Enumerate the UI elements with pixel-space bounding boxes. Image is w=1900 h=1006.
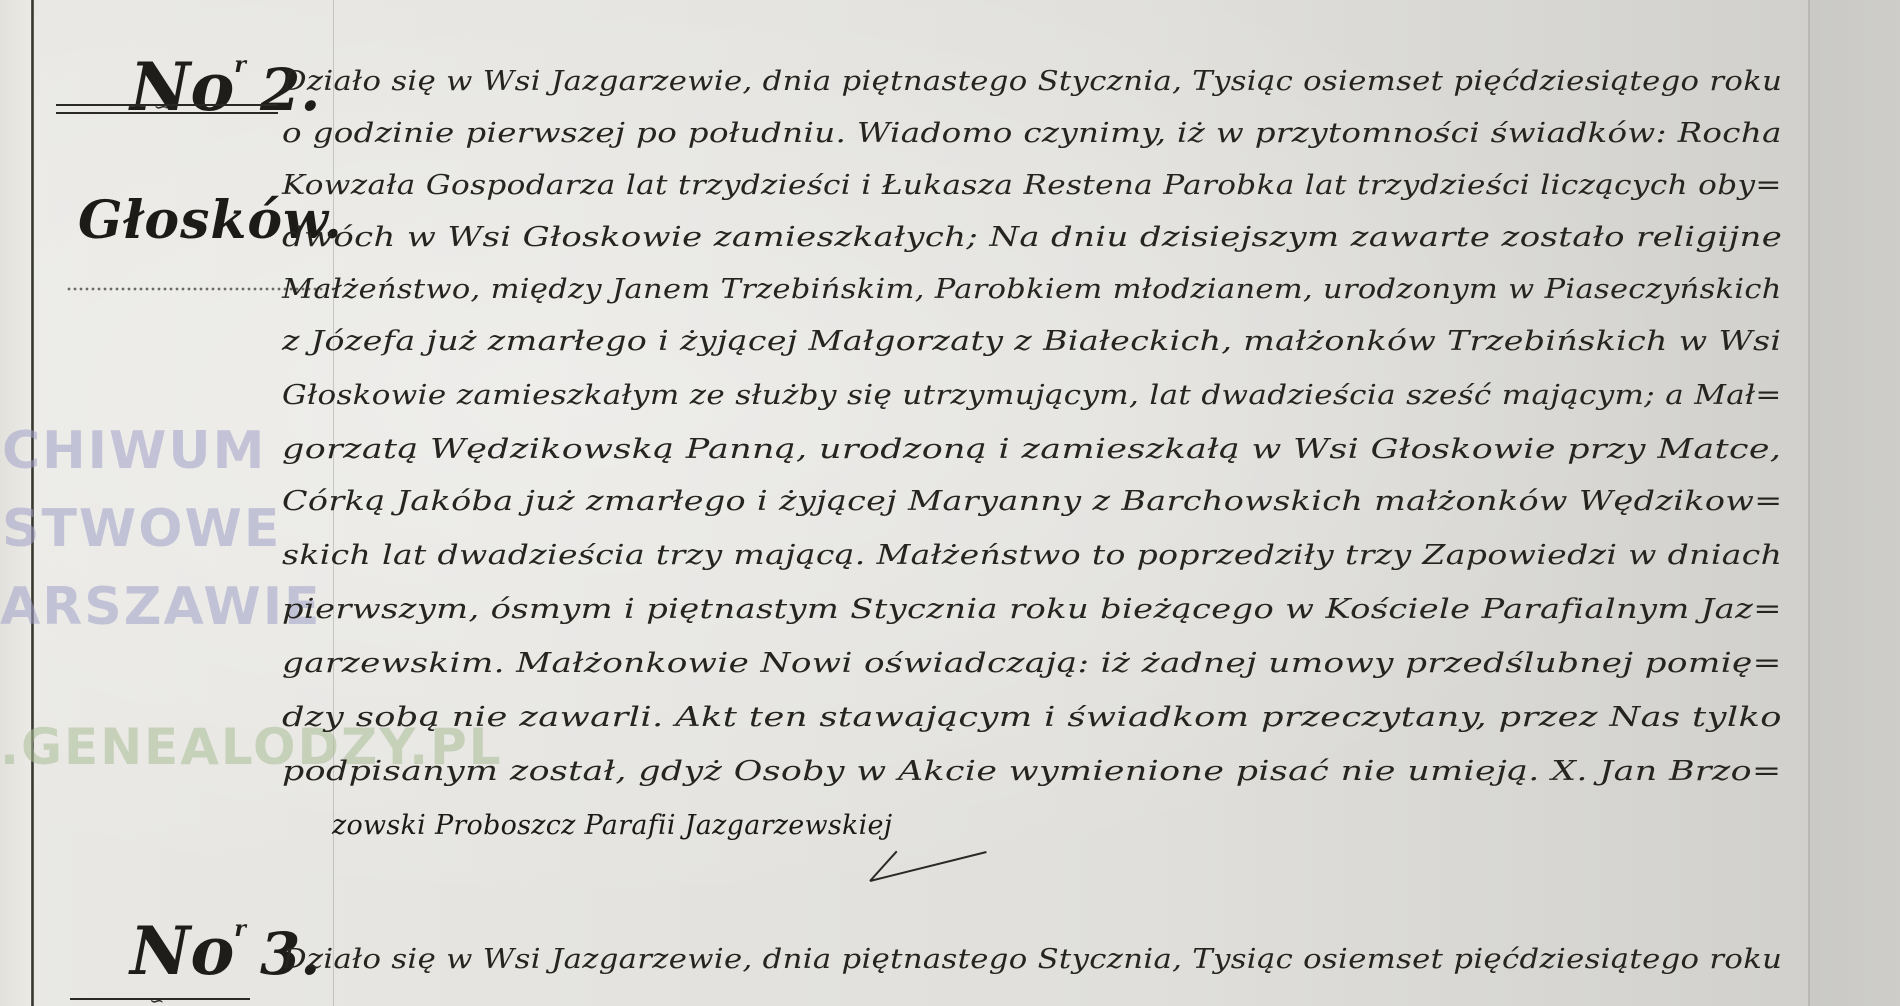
entry-line: skich lat dwadzieścia trzy mającą. Małże… — [282, 540, 1782, 571]
entry-line: Działo się w Wsi Jazgarzewie, dnia piętn… — [282, 66, 1782, 97]
page-edge-shade — [1810, 0, 1900, 1006]
entry-line: Córką Jakóba już zmarłego i żyjącej Mary… — [282, 486, 1783, 517]
number-prefix: No — [130, 912, 234, 990]
entry-line: Kowzała Gospodarza lat trzydzieści i Łuk… — [282, 170, 1782, 201]
entry-heading-rule: ∽ — [70, 998, 250, 1006]
register-page: CHIWUM STWOWE ARSZAWIE .GENEALODZY.PL No… — [0, 0, 1900, 1006]
entry-line: o godzinie pierwszej po południu. Wiadom… — [282, 118, 1782, 149]
signature-flourish — [870, 851, 987, 882]
entry-line: dwóch w Wsi Głoskowie zamieszkałych; Na … — [282, 222, 1782, 253]
number-sup: r — [234, 916, 246, 942]
entry-heading-rule: ∽ — [56, 104, 278, 114]
rule-flourish-icon: ∽ — [149, 991, 164, 1006]
entry-line: gorzatą Wędzikowską Panną, urodzoną i za… — [282, 434, 1781, 465]
number-prefix: No — [130, 48, 234, 126]
number-sup: r — [234, 52, 246, 78]
priest-signature: zowski Proboszcz Parafii Jazgarzewskiej — [332, 810, 892, 841]
entry-line: Działo się w Wsi Jazgarzewie, dnia piętn… — [282, 944, 1782, 975]
entry-line: Małżeństwo, między Janem Trzebińskim, Pa… — [282, 274, 1782, 305]
entry-line: podpisanym został, gdyż Osoby w Akcie wy… — [282, 756, 1782, 787]
entry-line: dzy sobą nie zawarli. Akt ten stawającym… — [282, 702, 1782, 733]
archive-watermark: CHIWUM STWOWE ARSZAWIE — [0, 412, 322, 646]
rule-flourish-icon: ∽ — [154, 97, 169, 118]
entry-line: garzewskim. Małżonkowie Nowi oświadczają… — [282, 648, 1782, 679]
entry-line: Głoskowie zamieszkałym ze służby się utr… — [282, 380, 1782, 411]
entry-line: z Józefa już zmarłego i żyjącej Małgorza… — [282, 326, 1781, 357]
entry-line: pierwszym, ósmym i piętnastym Stycznia r… — [282, 594, 1782, 625]
binding-line — [31, 0, 34, 1006]
binding-edge — [0, 0, 31, 1006]
